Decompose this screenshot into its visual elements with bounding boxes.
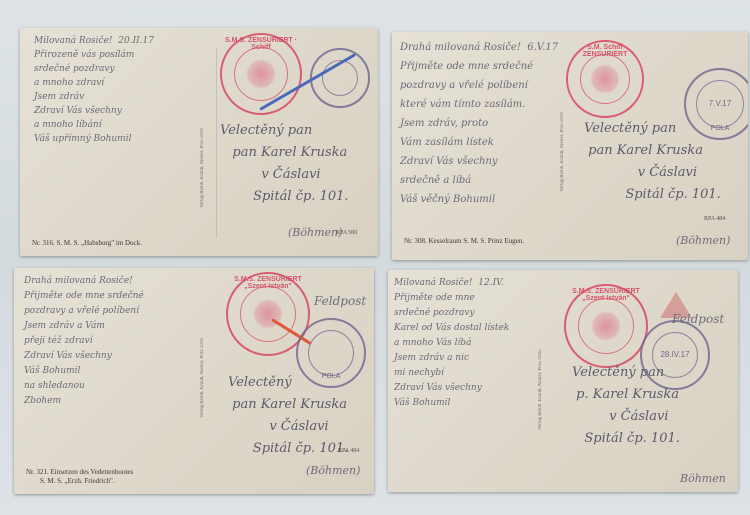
postmark	[310, 48, 370, 108]
postcard-erzh-friedrich: Drahá milovaná Rosiče! Přijměte ode mne …	[14, 268, 374, 494]
message-handwriting: Milovaná Rosiče! 12.IV. Přijměte ode mne…	[394, 276, 509, 411]
caption: Nr. 308. Kesselraum S. M. S. Prinz Eugen…	[404, 237, 524, 246]
rpa-code: RPA 484	[338, 448, 359, 454]
address-block: Velectěný pan p. Karel Kruska v Čáslavi …	[572, 362, 680, 450]
country-note: (Böhmen)	[306, 462, 360, 480]
feldpost-note: Feldpost	[672, 310, 724, 328]
rpa-code: RPA 484	[704, 216, 725, 222]
double-eagle-icon	[246, 59, 276, 89]
message-handwriting: Milovaná Rosiče! 20.II.17 Přirozeně vás …	[34, 34, 154, 146]
feldpost-note: Feldpost	[314, 292, 366, 310]
double-eagle-icon	[590, 64, 620, 94]
country-note: (Böhmen)	[288, 224, 342, 242]
publisher-imprint: Verlag Reinh. Krauß, Atelier, Pola 1916.	[200, 58, 205, 208]
postcard-habsburg: Milovaná Rosiče! 20.II.17 Přirozeně vás …	[20, 28, 378, 256]
postcard-szent-istvan: Milovaná Rosiče! 12.IV. Přijměte ode mne…	[388, 270, 738, 492]
double-eagle-icon	[591, 311, 621, 341]
card-divider	[216, 48, 217, 238]
message-handwriting: Drahá milovaná Rosiče! Přijměte ode mne …	[24, 274, 144, 409]
publisher-imprint: Verlag Reinh. Krauß, Atelier, Pola 1916.	[560, 52, 565, 192]
publisher-imprint: Verlag Reinh. Krauß, Atelier, Pola 1916.	[538, 290, 543, 430]
publisher-imprint: Verlag Reinh. Krauß, Atelier, Pola 1916.	[200, 288, 205, 418]
message-handwriting: Drahá milovaná Rosiče! 6.V.17 Přijměte o…	[400, 38, 558, 209]
caption: Nr. 316. S. M. S. „Habsburg" im Dock.	[32, 239, 142, 248]
address-block: Velectěný pan pan Karel Kruska v Čáslavi…	[220, 120, 349, 208]
postcard-prinz-eugen: Drahá milovaná Rosiče! 6.V.17 Přijměte o…	[392, 32, 748, 260]
censor-stamp: S.M.S. ZENSURIERT · Schiff	[220, 33, 302, 115]
country-note: (Böhmen)	[676, 232, 730, 250]
address-block: Velectěný pan Karel Kruska v Čáslavi Spi…	[228, 372, 348, 460]
caption: Nr. 321. Einsetzen des Vedettenbootes S.…	[26, 468, 133, 486]
address-block: Velectěný pan pan Karel Kruska v Čáslavi…	[584, 118, 721, 206]
rpa-code: RPA 500	[336, 230, 357, 236]
censor-stamp: S.M. Schiff ZENSURIERT	[566, 40, 644, 118]
censor-stamp: S.M.S. ZENSURIERT „Szent István"	[564, 284, 648, 368]
country-note: Böhmen	[680, 470, 726, 488]
caption-line-2: S. M. S. „Erzh. Friedrich".	[26, 477, 133, 486]
caption-line-1: Nr. 321. Einsetzen des Vedettenbootes	[26, 468, 133, 477]
